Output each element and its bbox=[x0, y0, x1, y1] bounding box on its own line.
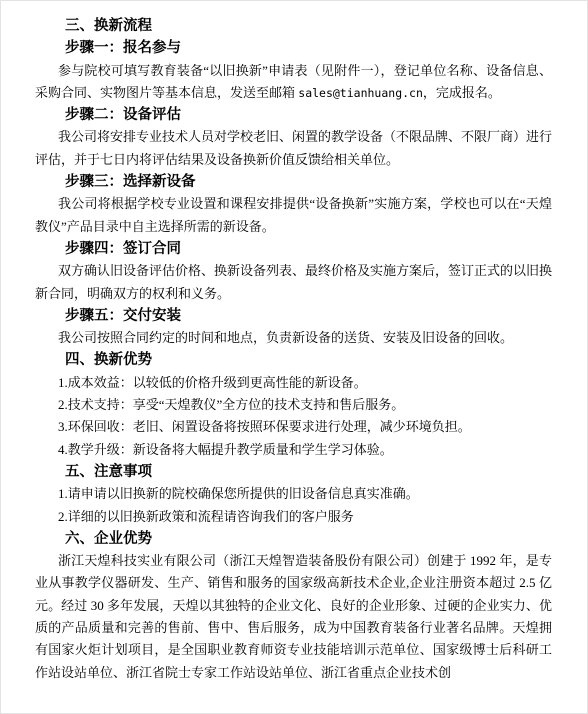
list-item: 1.成本效益：以较低的价格升级到更高性能的新设备。 bbox=[35, 372, 552, 394]
body-paragraph: 我公司将根据学校专业设置和课程安排提供“设备换新”实施方案，学校也可以在“天煌教… bbox=[35, 193, 552, 238]
section-heading: 六、企业优势 bbox=[35, 528, 552, 550]
step-heading: 步骤二：设备评估 bbox=[35, 104, 552, 126]
section-heading: 三、换新流程 bbox=[35, 15, 552, 37]
list-item: 1.请申请以旧换新的院校确保您所提供的旧设备信息真实准确。 bbox=[35, 483, 552, 505]
body-paragraph: 参与院校可填写教育装备“以旧换新”申请表（见附件一），登记单位名称、设备信息、采… bbox=[35, 60, 552, 105]
email-address: sales@tianhuang.cn bbox=[298, 86, 423, 100]
body-paragraph: 我公司将安排专业技术人员对学校老旧、闲置的教学设备（不限品牌、不限厂商）进行评估… bbox=[35, 126, 552, 171]
section-heading: 四、换新优势 bbox=[35, 349, 552, 371]
body-paragraph: 双方确认旧设备评估价格、换新设备列表、最终价格及实施方案后，签订正式的以旧换新合… bbox=[35, 260, 552, 305]
list-item: 3.环保回收：老旧、闲置设备将按照环保要求进行处理，减少环境负担。 bbox=[35, 416, 552, 438]
list-item: 2.技术支持：享受“天煌教仪”全方位的技术支持和售后服务。 bbox=[35, 394, 552, 416]
step-heading: 步骤四：签订合同 bbox=[35, 238, 552, 260]
step-heading: 步骤五：交付安装 bbox=[35, 305, 552, 327]
step-heading: 步骤三：选择新设备 bbox=[35, 171, 552, 193]
document-page: 三、换新流程步骤一：报名参与参与院校可填写教育装备“以旧换新”申请表（见附件一）… bbox=[0, 0, 588, 714]
body-paragraph: 我公司按照合同约定的时间和地点，负责新设备的送货、安装及旧设备的回收。 bbox=[35, 327, 552, 349]
list-item: 2.详细的以旧换新政策和流程请咨询我们的客户服务 bbox=[35, 506, 552, 528]
section-heading: 五、注意事项 bbox=[35, 461, 552, 483]
step-heading: 步骤一：报名参与 bbox=[35, 37, 552, 59]
list-item: 4.教学升级：新设备将大幅提升教学质量和学生学习体验。 bbox=[35, 439, 552, 461]
body-paragraph: 浙江天煌科技实业有限公司（浙江天煌智造装备股份有限公司）创建于 1992 年，是… bbox=[35, 550, 552, 684]
